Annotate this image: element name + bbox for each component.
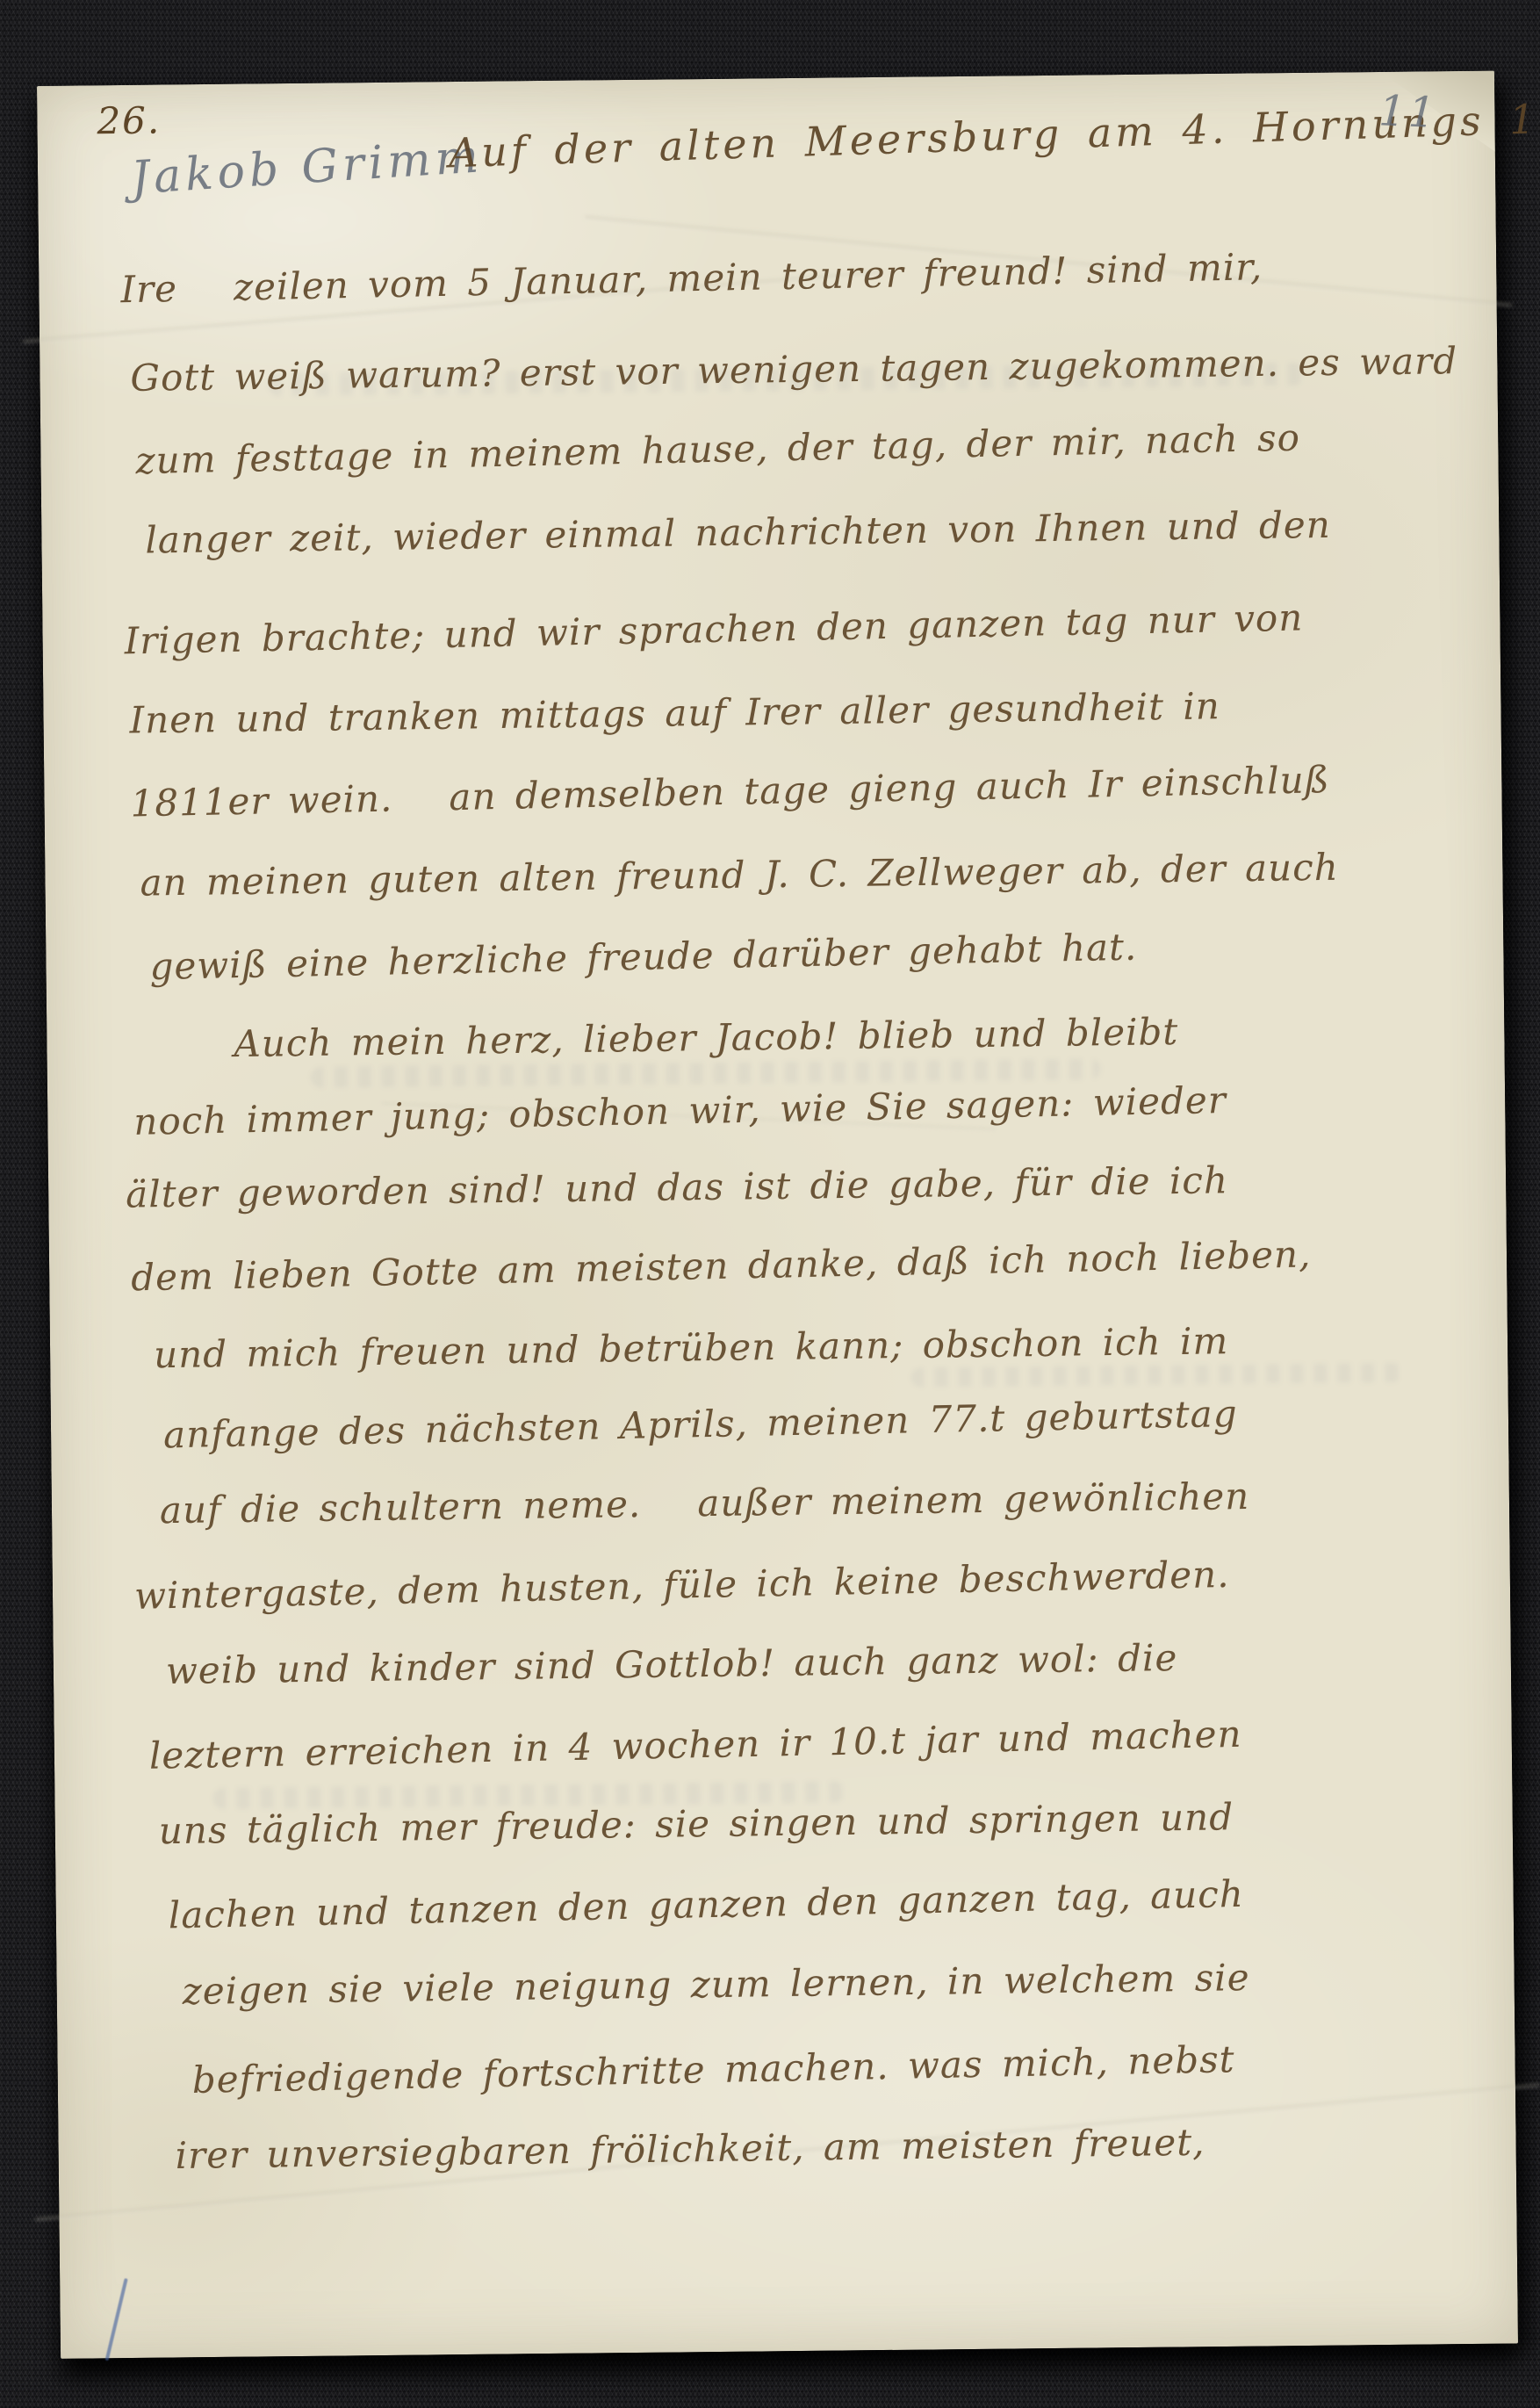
catalog-number: 26. [97, 99, 161, 143]
photo-background: { "document": { "type_label": "Handwritt… [0, 0, 1540, 2408]
letter-page: 26. Jakob Grimm Auf der alten Meersburg … [37, 71, 1518, 2359]
page-number-pencil: 11 [1378, 86, 1438, 138]
paper-edge-shading [37, 71, 1518, 2359]
